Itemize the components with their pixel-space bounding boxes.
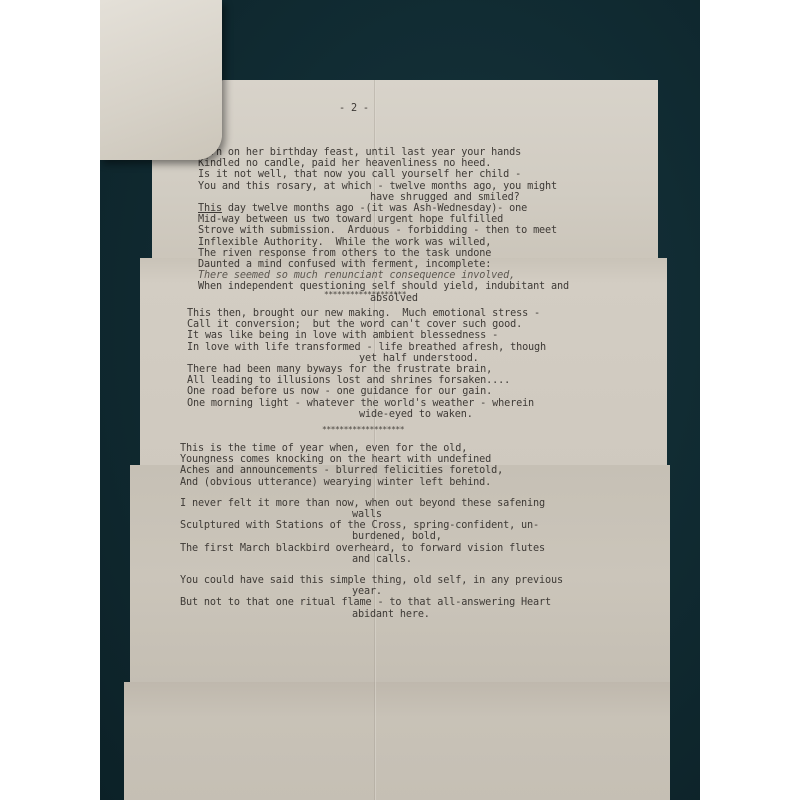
stanza-gap xyxy=(180,565,563,575)
poem-line: This is the time of year when, even for … xyxy=(180,443,563,454)
poem-line: year. xyxy=(180,586,563,597)
poem-line: One morning light - whatever the world's… xyxy=(187,398,546,409)
poem-line: Is it not well, that now you call yourse… xyxy=(198,169,569,180)
poem-line: Mid-way between us two toward urgent hop… xyxy=(198,214,569,225)
poem-line: Youngness comes knocking on the heart wi… xyxy=(180,454,563,465)
paper-fold-panel xyxy=(124,682,670,800)
document-photo: - 2 - Born on her birthday feast, until … xyxy=(100,0,700,800)
poem-line: This then, brought our new making. Much … xyxy=(187,308,546,319)
poem-line: Aches and announcements - blurred felici… xyxy=(180,465,563,476)
poem-line: walls xyxy=(180,509,563,520)
poem-line: abidant here. xyxy=(180,609,563,620)
poem-line: The first March blackbird overheard, to … xyxy=(180,543,563,554)
stanza-3: This is the time of year when, even for … xyxy=(180,443,563,620)
poem-line: wide-eyed to waken. xyxy=(187,409,546,420)
poem-line: The riven response from others to the ta… xyxy=(198,248,569,259)
stanza-2: This then, brought our new making. Much … xyxy=(187,308,546,420)
poem-line: All leading to illusions lost and shrine… xyxy=(187,375,546,386)
poem-line: burdened, bold, xyxy=(180,531,563,542)
poem-line: Strove with submission. Arduous - forbid… xyxy=(198,225,569,236)
poem-line: and calls. xyxy=(180,554,563,565)
poem-line: It was like being in love with ambient b… xyxy=(187,330,546,341)
stanza-1: Born on her birthday feast, until last y… xyxy=(198,147,569,304)
poem-line: But not to that one ritual flame - to th… xyxy=(180,597,563,608)
poem-line: And (obvious utterance) wearying winter … xyxy=(180,477,563,488)
poem-line: Kindled no candle, paid her heavenliness… xyxy=(198,158,569,169)
poem-line: Daunted a mind confused with ferment, in… xyxy=(198,259,569,270)
separator-stars: ******************* xyxy=(322,424,404,435)
poem-line: There had been many byways for the frust… xyxy=(187,364,546,375)
poem-line: Call it conversion; but the word can't c… xyxy=(187,319,546,330)
poem-line: You could have said this simple thing, o… xyxy=(180,575,563,586)
stanza-gap xyxy=(180,488,563,498)
page-number: - 2 - xyxy=(339,103,369,114)
poem-line: have shrugged and smiled? xyxy=(198,192,569,203)
poem-line: I never felt it more than now, when out … xyxy=(180,498,563,509)
poem-line: There seemed so much renunciant conseque… xyxy=(198,270,569,281)
separator-stars: ******************* xyxy=(324,289,406,300)
folded-sheet-corner xyxy=(100,0,222,160)
poem-line: Born on her birthday feast, until last y… xyxy=(198,147,569,158)
poem-line: This day twelve months ago -(it was Ash-… xyxy=(198,203,569,214)
poem-line: One road before us now - one guidance fo… xyxy=(187,386,546,397)
poem-line: yet half understood. xyxy=(187,353,546,364)
poem-line: Sculptured with Stations of the Cross, s… xyxy=(180,520,563,531)
poem-line: You and this rosary, at which - twelve m… xyxy=(198,181,569,192)
poem-line: Inflexible Authority. While the work was… xyxy=(198,237,569,248)
poem-line: In love with life transformed - life bre… xyxy=(187,342,546,353)
